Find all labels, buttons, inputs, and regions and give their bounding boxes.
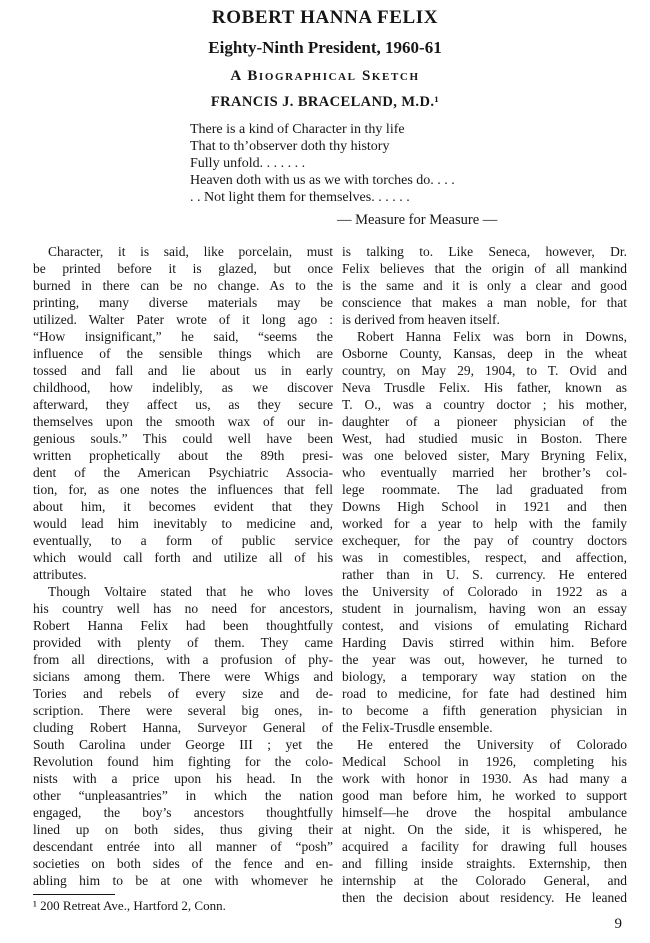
text-line: would lead him inevitably to medicine an… — [33, 515, 333, 532]
epigraph-line: Fully unfold. . . . . . . — [190, 155, 650, 172]
text-line: work with honor in 1930. As had many a — [342, 770, 627, 787]
text-line: the year was out, however, he turned to — [342, 651, 627, 668]
text-line: about him, it becomes evident that they — [33, 498, 333, 515]
text-line: written prophetically about the 89th pre… — [33, 447, 333, 464]
text-line: descendant entrée into all manner of “po… — [33, 838, 333, 855]
text-line: is the same and it is only a clear and g… — [342, 277, 627, 294]
text-line: Harding Davis stirred within him. Before — [342, 634, 627, 651]
author-byline: FRANCIS J. BRACELAND, M.D.¹ — [0, 93, 650, 111]
body-columns: Character, it is said, like porcelain, m… — [33, 243, 627, 914]
text-line: abling him to be at one with whomever he — [33, 872, 333, 889]
text-line: to become a fifth generation physician i… — [342, 702, 627, 719]
text-line: Tories and rebels of every size and de- — [33, 685, 333, 702]
document-page: ROBERT HANNA FELIX Eighty-Ninth Presiden… — [0, 0, 650, 943]
text-line: the Felix-Trusdle ensemble. — [342, 719, 627, 736]
text-line: road to medicine, for fate had destined … — [342, 685, 627, 702]
section-heading: A Biographical Sketch — [0, 67, 650, 85]
text-line: is talking to. Like Seneca, however, Dr. — [342, 243, 627, 260]
paragraph: Though Voltaire stated that he who loves… — [33, 583, 333, 889]
text-line: genious souls.” This could well have bee… — [33, 430, 333, 447]
text-line: Robert Hanna Felix was born in Downs, — [342, 328, 627, 345]
text-line: scription. There were several big ones, … — [33, 702, 333, 719]
text-line: Robert Hanna Felix had been thoughtfully — [33, 617, 333, 634]
page-title: ROBERT HANNA FELIX — [0, 7, 650, 29]
text-line: the University of Colorado in 1922 as a — [342, 583, 627, 600]
text-line: country, on May 29, 1904, to T. Ovid and — [342, 362, 627, 379]
text-line: good man before him, he worked to suppor… — [342, 787, 627, 804]
text-line: tion, for, as one notes the influences t… — [33, 481, 333, 498]
text-line: other “unpleasantries” in which the nati… — [33, 787, 333, 804]
text-line: at night. On the side, it is whispered, … — [342, 821, 627, 838]
text-line: themselves upon the smooth wax of our in… — [33, 413, 333, 430]
paragraph: Character, it is said, like porcelain, m… — [33, 243, 333, 583]
epigraph-attribution: — Measure for Measure — — [337, 212, 650, 229]
text-line: was in comestibles, respect, and affecti… — [342, 549, 627, 566]
text-line: Downs High School in 1921 and then — [342, 498, 627, 515]
text-line: eventually, to a form of public service — [33, 532, 333, 549]
text-line: himself—he drove the hospital ambulance — [342, 804, 627, 821]
text-line: tossed and fall and lie about us in earl… — [33, 362, 333, 379]
column-right: is talking to. Like Seneca, however, Dr.… — [342, 243, 627, 914]
text-line: burned in there can be no change. As to … — [33, 277, 333, 294]
text-line: rather than in U. S. currency. He entere… — [342, 566, 627, 583]
text-line: Osborne County, Kansas, deep in the whea… — [342, 345, 627, 362]
text-line: afterward, they affect us, as they secur… — [33, 396, 333, 413]
epigraph-line: Heaven doth with us as we with torches d… — [190, 172, 650, 189]
text-line: lined up on both sides, thus giving thei… — [33, 821, 333, 838]
text-line: societies on both sides of the fence and… — [33, 855, 333, 872]
text-line: Revolution found him fighting for the co… — [33, 753, 333, 770]
text-line: Character, it is said, like porcelain, m… — [33, 243, 333, 260]
left-paragraphs: Character, it is said, like porcelain, m… — [33, 243, 333, 889]
text-line: be printed before it is glazed, but once — [33, 260, 333, 277]
text-line: which would call forth and utilize all o… — [33, 549, 333, 566]
text-line: attributes. — [33, 566, 333, 583]
text-line: nists with a price upon his head. In the — [33, 770, 333, 787]
text-line: provided with plenty of them. They came — [33, 634, 333, 651]
text-line: then the decision about residency. He le… — [342, 889, 627, 906]
text-line: influence of the sensible things which a… — [33, 345, 333, 362]
text-line: He entered the University of Colorado — [342, 736, 627, 753]
text-line: West, had studied music in Boston. There — [342, 430, 627, 447]
text-line: student in journalism, having won an ess… — [342, 600, 627, 617]
text-line: who eventually married her brother’s col… — [342, 464, 627, 481]
epigraph-line: . . Not light them for themselves. . . .… — [190, 189, 650, 206]
text-line: cluding Robert Hanna, Surveyor General o… — [33, 719, 333, 736]
text-line: Felix believes that the origin of all ma… — [342, 260, 627, 277]
epigraph: There is a kind of Character in thy life… — [190, 121, 650, 206]
text-line: Medical School in 1926, completing his — [342, 753, 627, 770]
text-line: T. O., was a country doctor ; his mother… — [342, 396, 627, 413]
text-line: worked for a year to help with the famil… — [342, 515, 627, 532]
paragraph: Robert Hanna Felix was born in Downs,Osb… — [342, 328, 627, 736]
text-line: conscience that makes a man noble, for t… — [342, 294, 627, 311]
footnote: ¹ 200 Retreat Ave., Hartford 2, Conn. — [33, 898, 333, 914]
text-line: acquired a facility for drawing full hou… — [342, 838, 627, 855]
text-line: utilized. Walter Pater wrote of it long … — [33, 311, 333, 328]
paragraph: is talking to. Like Seneca, however, Dr.… — [342, 243, 627, 328]
text-line: “How insignificant,” he said, “seems the — [33, 328, 333, 345]
text-line: South Carolina under George III ; yet th… — [33, 736, 333, 753]
epigraph-line: There is a kind of Character in thy life — [190, 121, 650, 138]
text-line: was one beloved sister, Mary Bryning Fel… — [342, 447, 627, 464]
column-left: Character, it is said, like porcelain, m… — [33, 243, 333, 914]
text-line: lege roommate. The lad graduated from — [342, 481, 627, 498]
text-line: daughter of a pioneer physician of the — [342, 413, 627, 430]
page-number: 9 — [615, 916, 623, 933]
text-line: printing, many diverse materials may be — [33, 294, 333, 311]
text-line: sicians among them. There were Whigs and — [33, 668, 333, 685]
text-line: dent of the American Psychiatric Associa… — [33, 464, 333, 481]
text-line: Neva Trusdle Felix. His father, known as — [342, 379, 627, 396]
footnote-rule — [33, 894, 115, 895]
text-line: internship at the Colorado General, and — [342, 872, 627, 889]
text-line: from all directions, with a profusion of… — [33, 651, 333, 668]
text-line: exchequer, for the pay of country doctor… — [342, 532, 627, 549]
epigraph-line: That to th’observer doth thy history — [190, 138, 650, 155]
text-line: is derived from heaven itself. — [342, 311, 627, 328]
text-line: his country well has no need for ancesto… — [33, 600, 333, 617]
text-line: Though Voltaire stated that he who loves — [33, 583, 333, 600]
text-line: biology, a temporary way station on the — [342, 668, 627, 685]
article-header: ROBERT HANNA FELIX Eighty-Ninth Presiden… — [0, 0, 650, 111]
president-subtitle: Eighty-Ninth President, 1960-61 — [0, 38, 650, 58]
text-line: childhood, how indelibly, as we discover — [33, 379, 333, 396]
paragraph: He entered the University of ColoradoMed… — [342, 736, 627, 906]
text-line: and filling inside straights. Externship… — [342, 855, 627, 872]
text-line: contest, and visions of emulating Richar… — [342, 617, 627, 634]
text-line: engaged, the boy’s ancestors thoughtfull… — [33, 804, 333, 821]
